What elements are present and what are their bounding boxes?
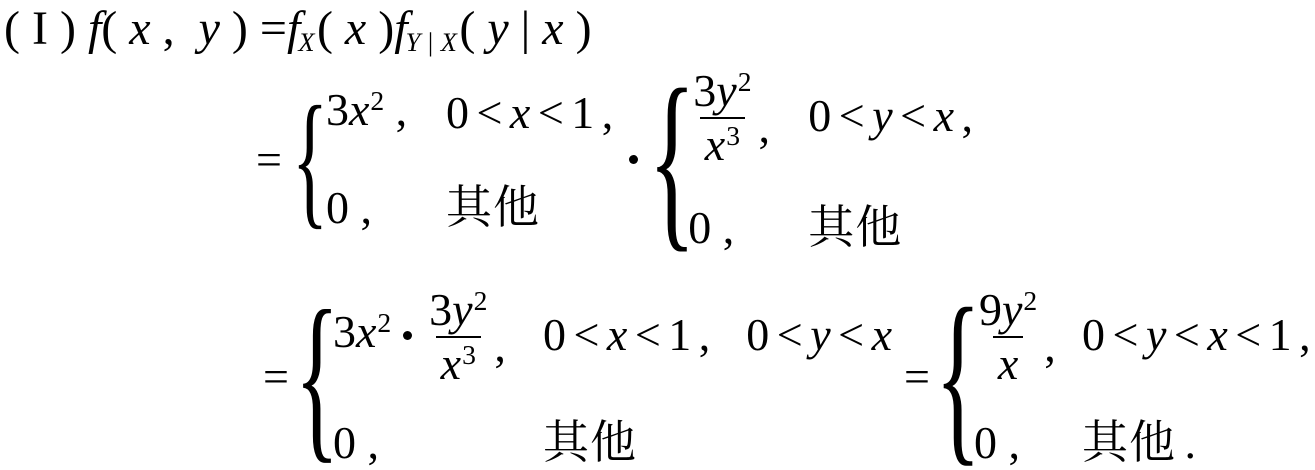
case-condition-row2: 其他 — [808, 200, 973, 256]
variable-x: x — [349, 84, 369, 135]
cases-rows: 3y2 x3 , 0 < y < x , 0 , 其他 — [688, 62, 973, 256]
coefficient: 3 — [326, 84, 349, 135]
denominator: x3 — [436, 336, 481, 389]
condition-text: < 1 , — [627, 309, 710, 360]
multiplication-dot-icon — [403, 331, 412, 340]
condition-text: < — [831, 309, 872, 360]
variable-y: y — [1002, 284, 1022, 335]
roman-numeral-label: ( I ) — [4, 2, 88, 55]
case-expression-row2: 0 , — [688, 200, 808, 256]
otherwise-label: 其他 — [543, 417, 637, 468]
term-3x2: 3x2 — [333, 304, 391, 366]
formula-line-1: ( I ) f( x , y ) =fX( x )fY | X( y | x ) — [4, 0, 592, 58]
comma: , — [1044, 319, 1056, 372]
variable-x: x — [1207, 309, 1227, 360]
variable-y: y — [452, 284, 472, 335]
otherwise-label: 其他 — [446, 182, 540, 233]
exponent: 3 — [726, 120, 740, 151]
case-condition-row1: 0 < x < 1 ,0 < y < x — [543, 307, 892, 363]
variable-y: y — [487, 2, 508, 55]
otherwise-label: 其他 — [808, 202, 902, 253]
case-condition-row2: 其他 — [446, 180, 613, 236]
condition-text: < 1 , — [1228, 309, 1311, 360]
coefficient: 3 — [429, 284, 452, 335]
subscript-Y: Y — [406, 27, 421, 57]
case-condition-row2: 其他 . — [1082, 415, 1311, 470]
fraction-3y2-x3: 3y2 x3 — [424, 281, 492, 389]
subscript-X: X — [441, 27, 458, 57]
open-paren: ( — [459, 2, 487, 55]
condition-text: < 1 , — [530, 87, 613, 138]
open-paren: ( — [101, 2, 129, 55]
formula-line-3: = { 3x2 3y2 x3 , 0 < x < 1 ,0 < y < x 0 … — [263, 284, 1311, 468]
case-expression-row1: 9y2 x , — [974, 281, 1082, 389]
subscript-X: X — [298, 27, 315, 57]
variable-y: y — [872, 90, 892, 141]
fraction-3y2-x3: 3y2 x3 — [688, 62, 756, 170]
exponent: 2 — [738, 66, 752, 97]
equals-sign: = — [260, 2, 287, 55]
open-paren: ( — [317, 2, 345, 55]
denominator: x3 — [700, 117, 745, 170]
case-condition-row1: 0 < x < 1 , — [446, 85, 613, 141]
comma: , — [384, 84, 407, 135]
variable-x: x — [441, 338, 461, 389]
case-condition-row1: 0 < y < x < 1 , — [1082, 307, 1311, 363]
piecewise-fx: { 3x2 , 0 < x < 1 , 0 , 其他 — [296, 82, 613, 236]
condition-text: 0 < — [746, 309, 810, 360]
close-paren: ) — [366, 2, 394, 55]
variable-y: y — [1146, 309, 1166, 360]
function-f: f — [88, 2, 101, 55]
case-expression-row1: 3x2 3y2 x3 , — [333, 281, 543, 389]
exponent: 2 — [377, 307, 391, 338]
condition-text: , — [954, 90, 973, 141]
comma: , — [151, 2, 199, 55]
variable-y: y — [810, 309, 830, 360]
coefficient: 9 — [979, 284, 1002, 335]
piecewise-y-given-x: { 3y2 x3 , 0 < y < x , 0 , 其他 — [658, 62, 973, 256]
variable-x: x — [705, 119, 725, 170]
variable-x: x — [356, 306, 376, 357]
condition-text: 0 < — [1082, 309, 1146, 360]
variable-y: y — [716, 65, 736, 116]
variable-x: x — [129, 2, 150, 55]
equals-sign: = — [256, 133, 282, 186]
variable-x: x — [607, 309, 627, 360]
denominator: x — [993, 336, 1023, 389]
exponent: 2 — [370, 85, 384, 116]
variable-x: x — [934, 90, 954, 141]
exponent: 2 — [474, 285, 488, 316]
piecewise-result: { 9y2 x , 0 < y < x < 1 , 0 , 其他 . — [944, 281, 1311, 470]
case-expression-row2: 0 , — [974, 415, 1082, 470]
zero-value: 0 , — [326, 182, 372, 233]
condition-text: 0 < — [446, 87, 510, 138]
variable-x: x — [998, 338, 1018, 389]
cases-rows: 3x2 3y2 x3 , 0 < x < 1 ,0 < y < x 0 , 其他 — [333, 281, 892, 470]
case-expression-row2: 0 , — [326, 180, 446, 236]
condition-text: < — [893, 90, 934, 141]
equals-sign: = — [263, 350, 289, 403]
numerator: 3y2 — [688, 62, 756, 117]
numerator: 9y2 — [974, 281, 1042, 336]
cases-rows: 9y2 x , 0 < y < x < 1 , 0 , 其他 . — [974, 281, 1311, 470]
case-condition-row1: 0 < y < x , — [808, 88, 973, 144]
conditional-bar: | — [421, 27, 441, 57]
variable-y: y — [199, 2, 220, 55]
variable-x: x — [345, 2, 366, 55]
comma: , — [759, 100, 771, 153]
exponent: 3 — [462, 339, 476, 370]
case-expression-row2: 0 , — [333, 415, 543, 470]
case-condition-row2: 其他 — [543, 415, 892, 470]
multiplication-dot-icon — [629, 155, 638, 164]
conditional-bar: | — [509, 2, 543, 55]
condition-text: < — [1166, 309, 1207, 360]
numerator: 3y2 — [424, 281, 492, 336]
case-expression-row1: 3x2 , — [326, 82, 446, 144]
piecewise-product: { 3x2 3y2 x3 , 0 < x < 1 ,0 < y < x 0 , … — [303, 281, 892, 470]
equals-sign: = — [904, 350, 930, 403]
variable-x: x — [872, 309, 892, 360]
case-expression-row1: 3y2 x3 , — [688, 62, 808, 170]
close-paren: ) — [220, 2, 260, 55]
fraction-9y2-x: 9y2 x — [974, 281, 1042, 389]
formula-line-2: = { 3x2 , 0 < x < 1 , 0 , 其他 { 3y2 x3 , — [256, 61, 973, 257]
otherwise-label: 其他 . — [1082, 417, 1197, 468]
exponent: 2 — [1023, 285, 1037, 316]
comma: , — [494, 319, 506, 372]
condition-text: 0 < — [808, 90, 872, 141]
variable-x: x — [510, 87, 530, 138]
condition-text: 0 < — [543, 309, 607, 360]
cases-rows: 3x2 , 0 < x < 1 , 0 , 其他 — [326, 82, 613, 236]
coefficient: 3 — [693, 65, 716, 116]
variable-x: x — [542, 2, 563, 55]
zero-value: 0 , — [333, 417, 379, 468]
close-paren: ) — [564, 2, 592, 55]
subscript-Y-given-X: Y | X — [406, 27, 458, 57]
